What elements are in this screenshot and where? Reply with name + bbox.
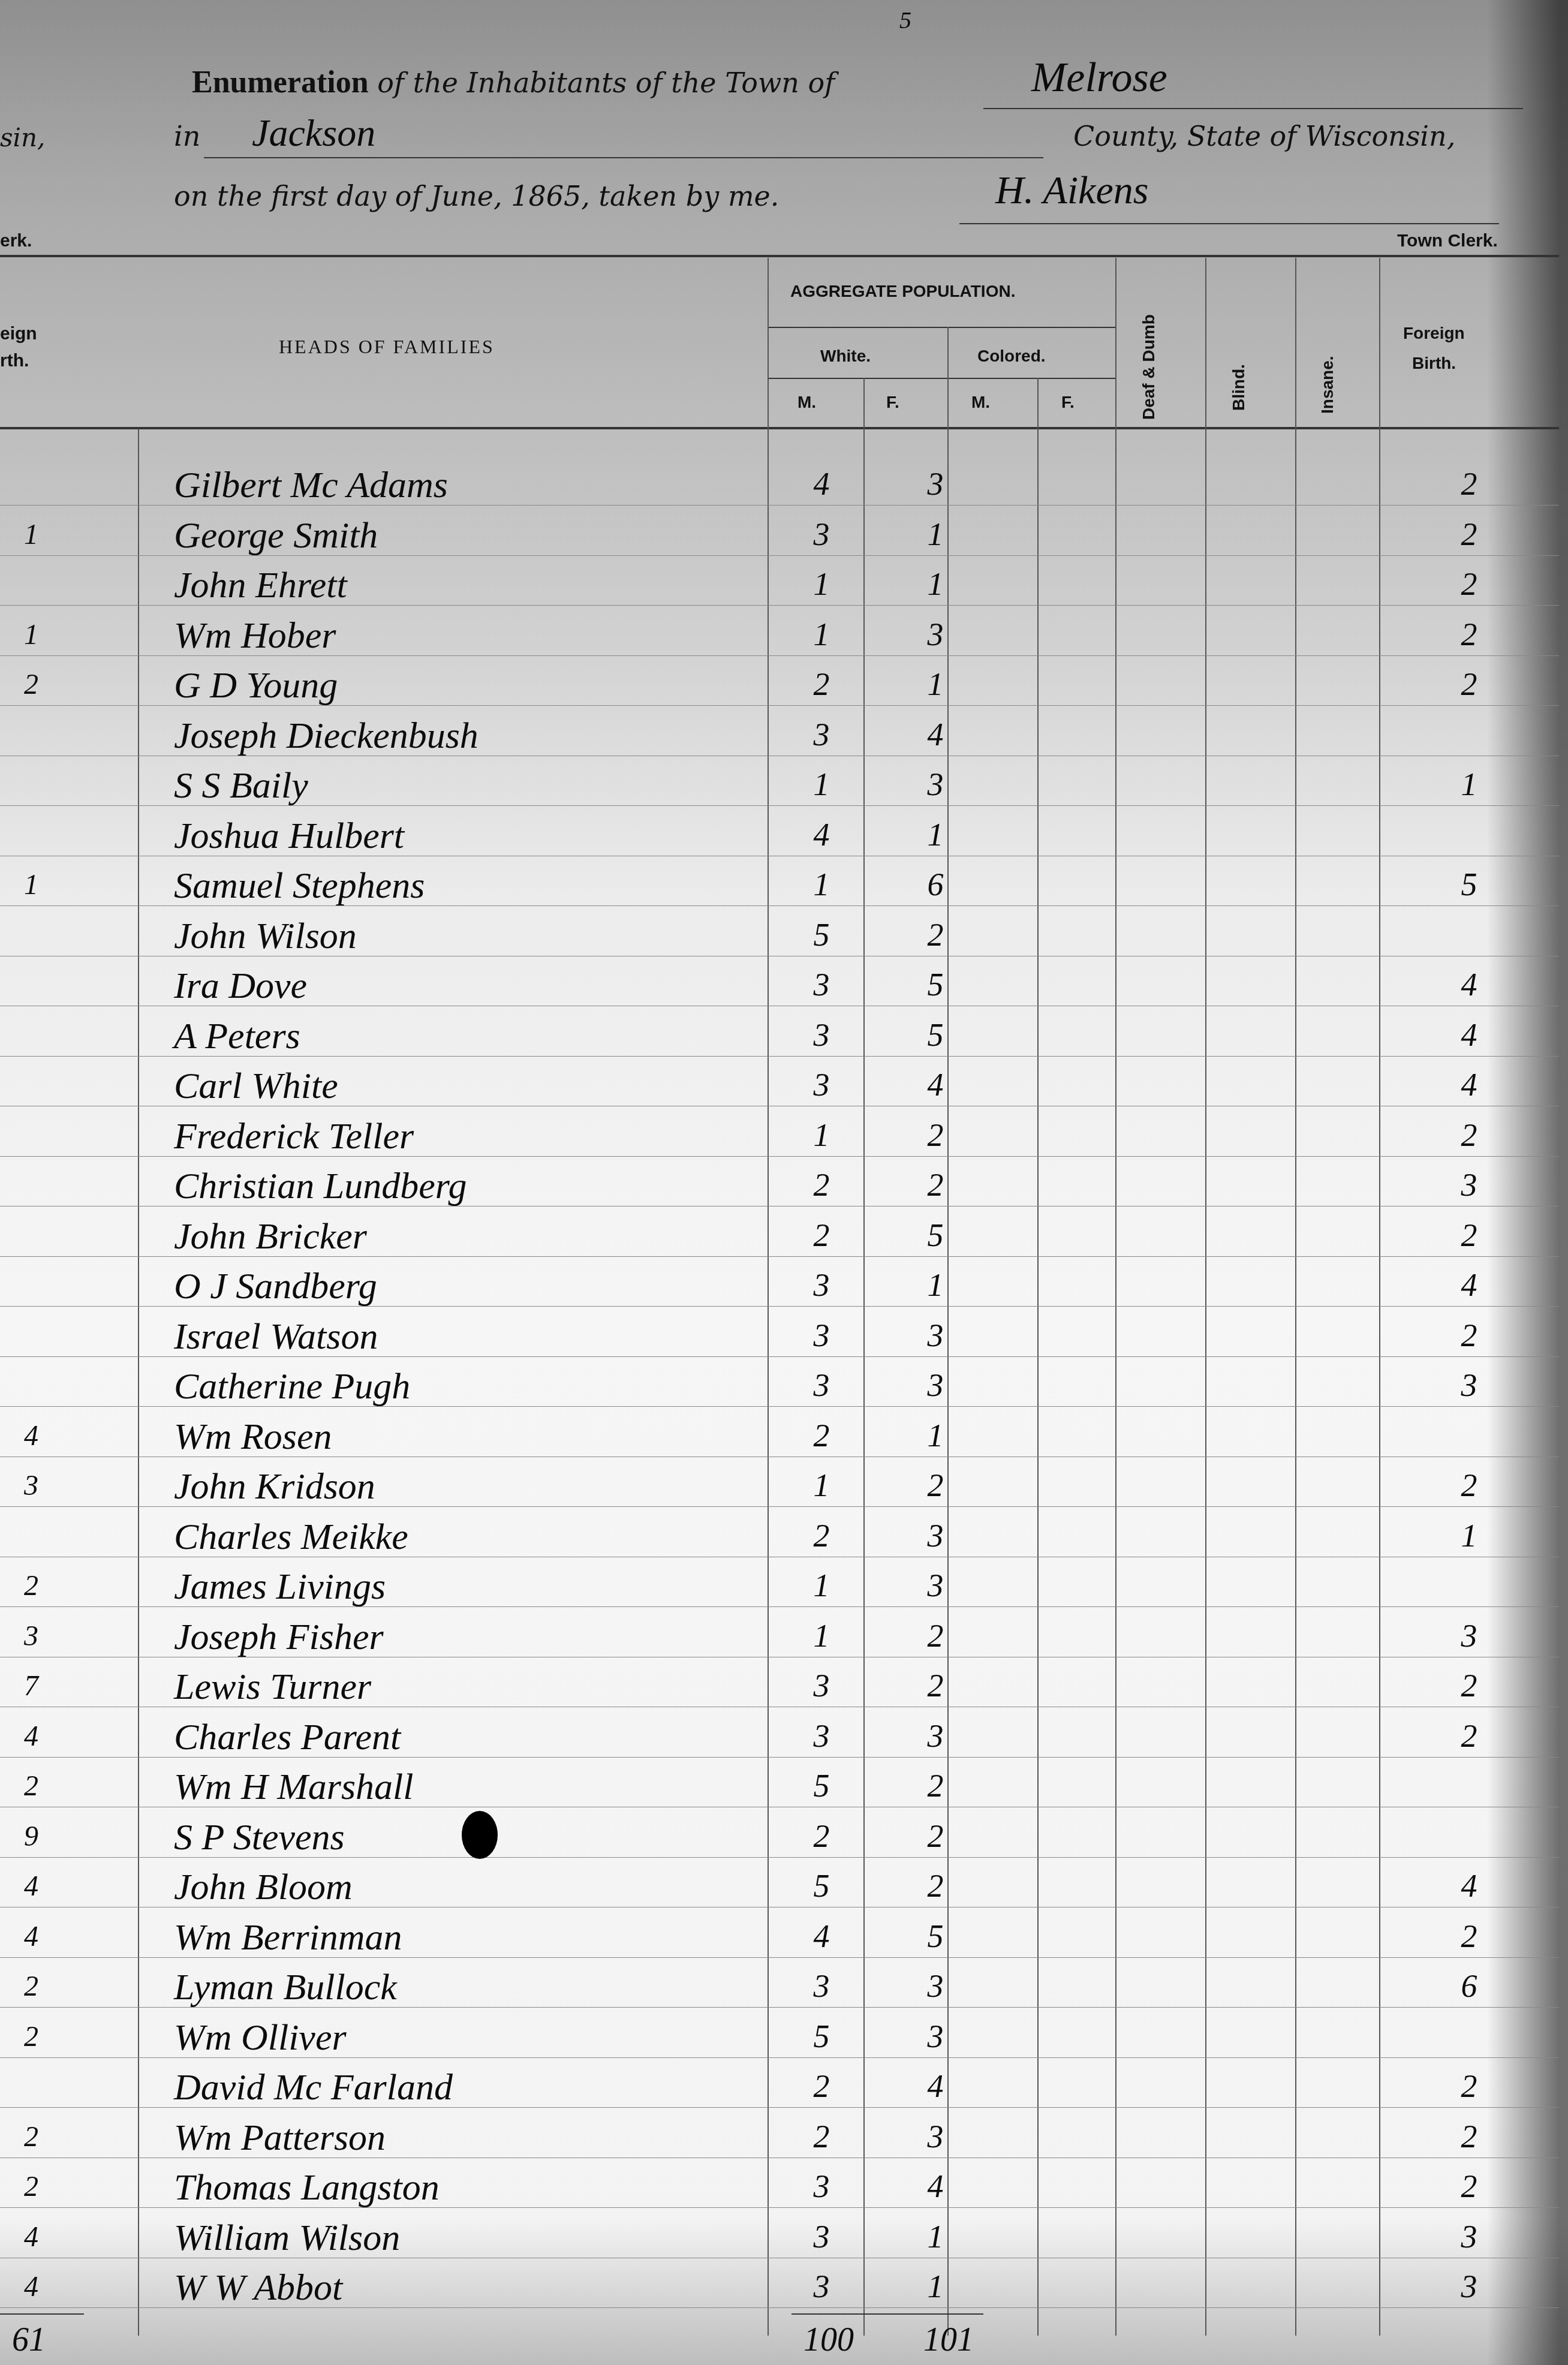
row-rule: [0, 956, 1559, 956]
head-of-family-name: Catherine Pugh: [174, 1365, 410, 1408]
row-rule: [0, 1306, 1559, 1307]
left-margin-count: 4: [24, 2270, 72, 2303]
head-of-family-name: Frederick Teller: [174, 1115, 414, 1158]
white-male-count: 2: [803, 1417, 839, 1454]
foreign-birth-count: 4: [1451, 1016, 1487, 1054]
family-row: 4William Wilson313: [0, 2214, 1568, 2255]
header-bottom-rule: [0, 427, 1559, 429]
white-female-count: 6: [917, 866, 953, 903]
white-male-count: 3: [803, 1317, 839, 1354]
head-of-family-name: Wm H Marshall: [174, 1766, 414, 1809]
head-of-family-name: Charles Meikke: [174, 1516, 408, 1558]
white-female-count: 2: [917, 1667, 953, 1704]
row-rule: [0, 605, 1559, 606]
foreign-birth-count: 2: [1451, 2068, 1487, 2105]
foreign-birth-count: 2: [1451, 516, 1487, 553]
left-margin-count: 3: [24, 1469, 72, 1502]
white-female-count: 3: [917, 1517, 953, 1554]
family-row: Gilbert Mc Adams432: [0, 462, 1568, 503]
left-margin-count: 1: [24, 868, 72, 901]
family-row: 4W W Abbot313: [0, 2264, 1568, 2305]
row-rule: [0, 1056, 1559, 1057]
family-row: Catherine Pugh333: [0, 1363, 1568, 1404]
head-of-family-name: William Wilson: [174, 2217, 400, 2259]
family-row: O J Sandberg314: [0, 1263, 1568, 1304]
foreign-birth-count: 2: [1451, 1317, 1487, 1354]
row-rule: [0, 505, 1559, 506]
foreign-birth-count: 2: [1451, 666, 1487, 703]
row-rule: [0, 1606, 1559, 1607]
family-row: 4Wm Berrinman452: [0, 1914, 1568, 1955]
white-male-count: 3: [803, 1066, 839, 1103]
head-of-family-name: S S Baily: [174, 765, 308, 807]
white-female-count: 2: [917, 1117, 953, 1154]
foreign-birth-count: 3: [1451, 2268, 1487, 2305]
foreign-birth-count: 2: [1451, 2118, 1487, 2155]
foreign-birth-count: 1: [1451, 766, 1487, 803]
total-rule-left: [0, 2313, 84, 2315]
family-row: 2Wm Patterson232: [0, 2114, 1568, 2155]
white-male-count: 1: [803, 1467, 839, 1504]
left-margin-count: 2: [24, 1970, 72, 2003]
family-row: 2Thomas Langston342: [0, 2164, 1568, 2205]
clipped-foreign: eign: [0, 324, 37, 344]
clerk-signature: H. Aikens: [995, 168, 1148, 213]
row-rule: [0, 1857, 1559, 1858]
row-rule: [0, 1657, 1559, 1657]
white-male-count: 2: [803, 1166, 839, 1203]
white-female-count: 4: [917, 1066, 953, 1103]
head-of-family-name: Carl White: [174, 1065, 338, 1108]
white-female-count: 3: [917, 1717, 953, 1755]
white-female-count: 1: [917, 816, 953, 853]
row-rule: [0, 2307, 1559, 2308]
form-title: Enumeration of the Inhabitants of the To…: [192, 65, 835, 100]
head-of-family-name: John Bloom: [174, 1866, 353, 1909]
family-row: S S Baily131: [0, 762, 1568, 803]
head-of-family-name: Wm Rosen: [174, 1416, 332, 1458]
title-enumeration: Enumeration: [192, 65, 369, 100]
white-female-count: 3: [917, 616, 953, 653]
family-row: A Peters354: [0, 1013, 1568, 1054]
left-margin-count: 4: [24, 1870, 72, 1903]
left-margin-count: 4: [24, 1920, 72, 1953]
white-female-count: 2: [917, 1767, 953, 1804]
aggregate-rule: [768, 327, 1115, 328]
foreign-header: Foreign: [1403, 324, 1465, 343]
white-female-count: 1: [917, 666, 953, 703]
left-margin-count: 3: [24, 1620, 72, 1653]
family-row: Carl White344: [0, 1063, 1568, 1103]
white-female-count: 3: [917, 1967, 953, 2005]
row-rule: [0, 705, 1559, 706]
white-male-count: 2: [803, 2068, 839, 2105]
row-rule: [0, 1356, 1559, 1357]
white-female-count: 1: [917, 2218, 953, 2255]
white-male-count: 2: [803, 2118, 839, 2155]
clipped-left-text: sin,: [0, 123, 45, 152]
total-rule-white: [791, 2313, 983, 2315]
foreign-birth-count: 2: [1451, 1918, 1487, 1955]
head-of-family-name: Joseph Dieckenbush: [174, 715, 478, 757]
head-of-family-name: Samuel Stephens: [174, 865, 425, 907]
white-female-count: 3: [917, 766, 953, 803]
foreign-birth-count: 4: [1451, 1066, 1487, 1103]
row-rule: [0, 1506, 1559, 1507]
row-rule: [0, 555, 1559, 556]
county-underline: [204, 157, 1043, 158]
foreign-birth-count: 2: [1451, 1717, 1487, 1755]
left-margin-count: 2: [24, 1569, 72, 1602]
foreign-birth-count: 2: [1451, 465, 1487, 503]
family-row: David Mc Farland242: [0, 2064, 1568, 2105]
family-row: John Wilson52: [0, 913, 1568, 953]
white-male-count: 3: [803, 1367, 839, 1404]
left-margin-count: 2: [24, 1770, 72, 1803]
left-margin-count: 4: [24, 2220, 72, 2253]
head-of-family-name: Lewis Turner: [174, 1666, 371, 1708]
family-row: 4Wm Rosen21: [0, 1413, 1568, 1454]
row-rule: [0, 655, 1559, 656]
aggregate-population-header: AGGREGATE POPULATION.: [790, 282, 1015, 301]
foreign-birth-count: 2: [1451, 1667, 1487, 1704]
foreign-birth-count: 3: [1451, 1367, 1487, 1404]
family-row: 2Wm Olliver53: [0, 2014, 1568, 2055]
head-of-family-name: Gilbert Mc Adams: [174, 464, 448, 507]
white-female-count: 1: [917, 516, 953, 553]
row-rule: [0, 1006, 1559, 1006]
head-of-family-name: Wm Patterson: [174, 2117, 386, 2159]
foreign-birth-count: 3: [1451, 1166, 1487, 1203]
white-female-count: 1: [917, 2268, 953, 2305]
row-rule: [0, 2207, 1559, 2208]
head-of-family-name: John Ehrett: [174, 564, 347, 607]
family-row: Ira Dove354: [0, 962, 1568, 1003]
birth-header: Birth.: [1412, 354, 1456, 373]
row-rule: [0, 1156, 1559, 1157]
row-rule: [0, 856, 1559, 856]
clerk-underline: [959, 223, 1499, 224]
white-female-count: 4: [917, 2068, 953, 2105]
family-row: 1Wm Hober132: [0, 612, 1568, 653]
head-of-family-name: O J Sandberg: [174, 1265, 377, 1308]
foreign-birth-count: 5: [1451, 866, 1487, 903]
white-female-count: 2: [917, 1166, 953, 1203]
row-rule: [0, 1907, 1559, 1907]
row-rule: [0, 1757, 1559, 1758]
white-male-count: 1: [803, 866, 839, 903]
white-male-count: 2: [803, 1517, 839, 1554]
family-row: 4John Bloom524: [0, 1864, 1568, 1904]
white-male-count: 2: [803, 666, 839, 703]
foreign-birth-count: 2: [1451, 565, 1487, 603]
foreign-birth-count: 6: [1451, 1967, 1487, 2005]
white-female-count: 5: [917, 1217, 953, 1254]
row-rule: [0, 1256, 1559, 1257]
head-of-family-name: A Peters: [174, 1015, 300, 1058]
family-row: Joseph Dieckenbush34: [0, 712, 1568, 753]
head-of-family-name: Christian Lundberg: [174, 1165, 467, 1208]
county-name: Jackson: [252, 111, 375, 155]
foreign-birth-count: 2: [1451, 2168, 1487, 2205]
row-rule: [0, 756, 1559, 756]
family-row: 4Charles Parent332: [0, 1714, 1568, 1755]
white-female-count: 3: [917, 1367, 953, 1404]
row-rule: [0, 1957, 1559, 1958]
foreign-birth-count: 3: [1451, 2218, 1487, 2255]
family-row: Israel Watson332: [0, 1313, 1568, 1354]
white-male-count: 1: [803, 766, 839, 803]
row-rule: [0, 2107, 1559, 2108]
white-female-count: 3: [917, 1567, 953, 1604]
total-left: 61: [12, 2321, 46, 2359]
white-male-count: 4: [803, 465, 839, 503]
family-row: 2James Livings13: [0, 1563, 1568, 1604]
foreign-birth-count: 2: [1451, 1117, 1487, 1154]
white-female-count: 2: [917, 916, 953, 953]
family-row: 2G D Young212: [0, 662, 1568, 703]
head-of-family-name: John Kridson: [174, 1466, 375, 1508]
colored-f-header: F.: [1061, 393, 1075, 412]
white-female-count: 3: [917, 2118, 953, 2155]
white-header: White.: [820, 347, 871, 366]
white-male-count: 3: [803, 2168, 839, 2205]
date-line: on the first day of June, 1865, taken by…: [174, 180, 779, 212]
white-m-header: M.: [797, 393, 816, 412]
family-row: Frederick Teller122: [0, 1113, 1568, 1154]
foreign-birth-count: 1: [1451, 1517, 1487, 1554]
head-of-family-name: Israel Watson: [174, 1316, 378, 1358]
blind-header: Blind.: [1229, 364, 1248, 411]
row-rule: [0, 2258, 1559, 2258]
white-female-count: 5: [917, 1918, 953, 1955]
head-of-family-name: Charles Parent: [174, 1716, 401, 1759]
white-female-count: 3: [917, 2018, 953, 2055]
white-male-count: 5: [803, 916, 839, 953]
row-rule: [0, 1707, 1559, 1707]
census-page: 5 Enumeration of the Inhabitants of the …: [0, 0, 1568, 2365]
left-margin-count: 7: [24, 1669, 72, 1702]
page-number: 5: [899, 6, 911, 34]
white-male-count: 3: [803, 2218, 839, 2255]
family-row: Christian Lundberg223: [0, 1163, 1568, 1203]
clipped-clerk: erk.: [0, 231, 32, 251]
head-of-family-name: David Mc Farland: [174, 2066, 453, 2109]
white-male-count: 4: [803, 1918, 839, 1955]
insane-header: Insane.: [1318, 356, 1337, 414]
white-female-count: 2: [917, 1818, 953, 1855]
ink-blot: [462, 1811, 498, 1859]
family-row: 3John Kridson122: [0, 1463, 1568, 1504]
head-of-family-name: W W Abbot: [174, 2267, 342, 2309]
clipped-birth: rth.: [0, 351, 29, 371]
white-colored-rule: [768, 378, 1115, 379]
row-rule: [0, 1206, 1559, 1206]
foreign-birth-count: 4: [1451, 1266, 1487, 1304]
white-female-count: 2: [917, 1867, 953, 1904]
white-female-count: 2: [917, 1467, 953, 1504]
family-row: Joshua Hulbert41: [0, 813, 1568, 853]
family-row: John Bricker252: [0, 1213, 1568, 1254]
white-male-count: 4: [803, 816, 839, 853]
left-margin-count: 9: [24, 1820, 72, 1853]
white-female-count: 5: [917, 1016, 953, 1054]
town-name: Melrose: [1031, 54, 1167, 102]
head-of-family-name: Wm Berrinman: [174, 1916, 402, 1959]
family-row: John Ehrett112: [0, 562, 1568, 603]
white-male-count: 3: [803, 966, 839, 1003]
foreign-birth-count: 4: [1451, 1867, 1487, 1904]
left-margin-count: 2: [24, 2120, 72, 2153]
white-male-count: 3: [803, 1667, 839, 1704]
town-clerk-label: Town Clerk.: [1397, 231, 1498, 251]
colored-m-header: M.: [971, 393, 990, 412]
row-rule: [0, 2158, 1559, 2158]
deaf-dumb-header: Deaf & Dumb: [1139, 314, 1158, 420]
family-row: Charles Meikke231: [0, 1514, 1568, 1554]
left-margin-count: 2: [24, 2170, 72, 2203]
left-margin-count: 1: [24, 618, 72, 651]
white-f-header: F.: [886, 393, 899, 412]
left-margin-count: 2: [24, 2020, 72, 2053]
head-of-family-name: George Smith: [174, 514, 378, 557]
row-rule: [0, 2057, 1559, 2058]
row-rule: [0, 1406, 1559, 1407]
white-male-count: 3: [803, 1967, 839, 2005]
head-of-family-name: Thomas Langston: [174, 2167, 440, 2209]
white-male-count: 3: [803, 1717, 839, 1755]
family-row: 1Samuel Stephens165: [0, 862, 1568, 903]
head-of-family-name: Wm Olliver: [174, 2017, 347, 2059]
white-male-count: 3: [803, 1266, 839, 1304]
head-of-family-name: John Wilson: [174, 915, 357, 958]
white-male-count: 2: [803, 1217, 839, 1254]
white-female-count: 1: [917, 565, 953, 603]
head-of-family-name: James Livings: [174, 1566, 386, 1608]
family-row: 3Joseph Fisher123: [0, 1614, 1568, 1654]
head-of-family-name: Joseph Fisher: [174, 1616, 384, 1659]
head-of-family-name: John Bricker: [174, 1215, 367, 1258]
foreign-birth-count: 2: [1451, 1467, 1487, 1504]
title-text: of the Inhabitants of the Town of: [369, 67, 835, 99]
family-row: 2Wm H Marshall52: [0, 1764, 1568, 1804]
left-margin-count: 4: [24, 1720, 72, 1753]
white-female-count: 5: [917, 966, 953, 1003]
head-of-family-name: G D Young: [174, 664, 338, 707]
white-female-count: 3: [917, 465, 953, 503]
white-female-count: 4: [917, 2168, 953, 2205]
town-underline: [983, 108, 1523, 109]
white-male-count: 5: [803, 2018, 839, 2055]
white-female-count: 3: [917, 1317, 953, 1354]
white-male-count: 1: [803, 565, 839, 603]
colored-header: Colored.: [977, 347, 1046, 366]
foreign-birth-count: 4: [1451, 966, 1487, 1003]
left-margin-count: 4: [24, 1419, 72, 1452]
foreign-birth-count: 3: [1451, 1617, 1487, 1654]
row-rule: [0, 1557, 1559, 1557]
head-of-family-name: Wm Hober: [174, 615, 336, 657]
line2-prefix: in: [174, 120, 200, 152]
left-margin-count: 2: [24, 668, 72, 701]
white-female-count: 1: [917, 1266, 953, 1304]
left-margin-count: 1: [24, 518, 72, 551]
white-male-count: 1: [803, 1617, 839, 1654]
white-male-count: 5: [803, 1767, 839, 1804]
total-white-f: 101: [923, 2321, 974, 2359]
header-top-rule: [0, 255, 1559, 257]
white-female-count: 2: [917, 1617, 953, 1654]
white-male-count: 2: [803, 1818, 839, 1855]
white-male-count: 3: [803, 2268, 839, 2305]
row-rule: [0, 1106, 1559, 1106]
family-row: 2Lyman Bullock336: [0, 1964, 1568, 2005]
row-rule: [0, 1807, 1559, 1807]
white-male-count: 3: [803, 516, 839, 553]
white-male-count: 3: [803, 716, 839, 753]
white-female-count: 4: [917, 716, 953, 753]
family-row: 9S P Stevens22: [0, 1814, 1568, 1855]
foreign-birth-count: 2: [1451, 616, 1487, 653]
family-row: 7Lewis Turner322: [0, 1663, 1568, 1704]
row-rule: [0, 805, 1559, 806]
white-male-count: 1: [803, 1117, 839, 1154]
heads-of-families-header: HEADS OF FAMILIES: [279, 336, 495, 358]
county-state-label: County, State of Wisconsin,: [1073, 120, 1455, 152]
white-male-count: 3: [803, 1016, 839, 1054]
row-rule: [0, 905, 1559, 906]
foreign-birth-count: 2: [1451, 1217, 1487, 1254]
total-white-m: 100: [803, 2321, 854, 2359]
head-of-family-name: S P Stevens: [174, 1816, 345, 1859]
head-of-family-name: Lyman Bullock: [174, 1966, 397, 2009]
head-of-family-name: Joshua Hulbert: [174, 815, 404, 857]
row-rule: [0, 2007, 1559, 2008]
white-male-count: 1: [803, 616, 839, 653]
head-of-family-name: Ira Dove: [174, 965, 307, 1007]
white-male-count: 5: [803, 1867, 839, 1904]
white-female-count: 1: [917, 1417, 953, 1454]
family-row: 1George Smith312: [0, 512, 1568, 553]
row-rule: [0, 1457, 1559, 1457]
white-male-count: 1: [803, 1567, 839, 1604]
